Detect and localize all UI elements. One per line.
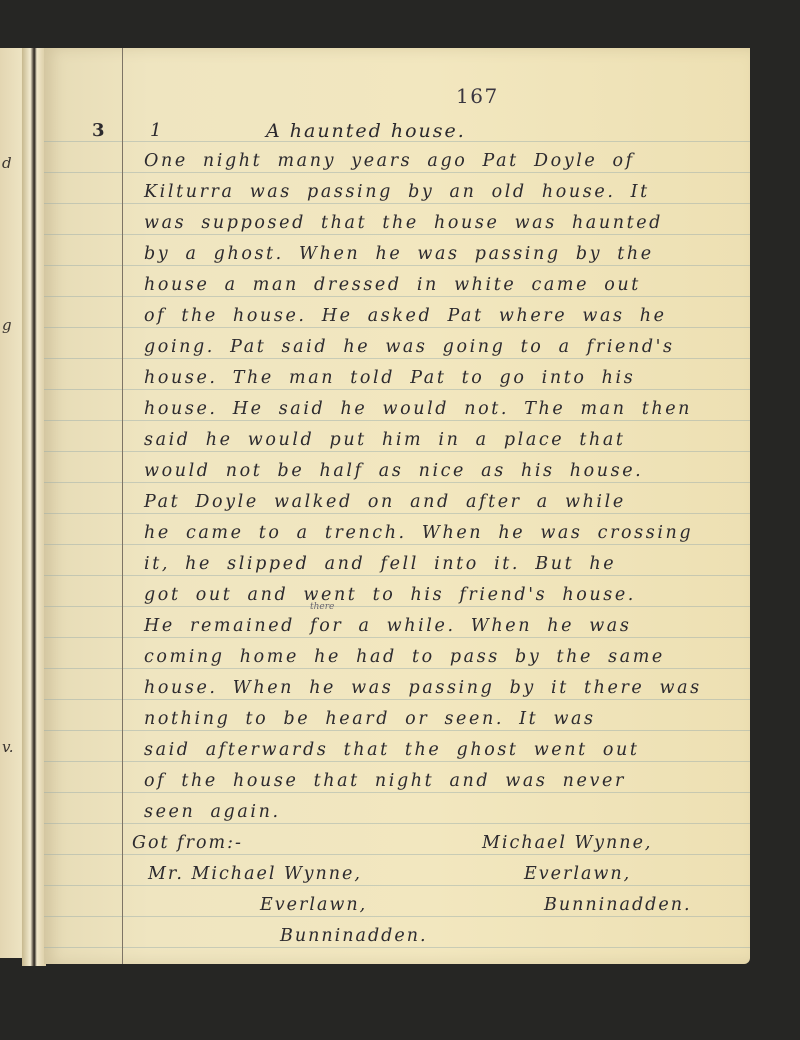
manuscript-page: 167 3 1 A haunted house. One night many … bbox=[44, 48, 750, 964]
ruled-line bbox=[44, 916, 750, 917]
ruled-line bbox=[44, 451, 750, 452]
body-line: house. He said he would not. The man the… bbox=[144, 399, 692, 419]
ruled-line bbox=[44, 575, 750, 576]
ruled-line bbox=[44, 544, 750, 545]
body-line: He remained for a while. When he was bbox=[144, 616, 631, 636]
ruled-line bbox=[44, 327, 750, 328]
facing-page-fragment: d bbox=[2, 154, 12, 172]
ruled-line bbox=[44, 389, 750, 390]
body-line: was supposed that the house was haunted bbox=[144, 213, 663, 233]
body-line: said afterwards that the ghost went out bbox=[144, 740, 640, 760]
ruled-line bbox=[44, 172, 750, 173]
body-line: going. Pat said he was going to a friend… bbox=[144, 337, 675, 357]
body-line: Kilturra was passing by an old house. It bbox=[144, 182, 650, 202]
ruled-line bbox=[44, 668, 750, 669]
informant-name: Mr. Michael Wynne, bbox=[148, 864, 362, 884]
body-line: of the house that night and was never bbox=[144, 771, 626, 791]
ruled-line bbox=[44, 730, 750, 731]
body-line: seen again. bbox=[144, 802, 281, 822]
body-line: One night many years ago Pat Doyle of bbox=[144, 151, 635, 171]
informant-parish: Bunninadden. bbox=[280, 926, 428, 946]
writer-parish: Bunninadden. bbox=[544, 895, 692, 915]
body-line: house. When he was passing by it there w… bbox=[144, 678, 702, 698]
ruled-line bbox=[44, 854, 750, 855]
ruled-line bbox=[44, 482, 750, 483]
ruled-line bbox=[44, 823, 750, 824]
ruled-line bbox=[44, 234, 750, 235]
body-line: nothing to be heard or seen. It was bbox=[144, 709, 596, 729]
body-line: house. The man told Pat to go into his bbox=[144, 368, 635, 388]
ruled-line bbox=[44, 296, 750, 297]
facing-page-fragment: v. bbox=[2, 738, 13, 756]
body-line: said he would put him in a place that bbox=[144, 430, 626, 450]
page-number: 167 bbox=[456, 84, 499, 108]
ruled-line bbox=[44, 792, 750, 793]
ruled-line bbox=[44, 637, 750, 638]
ruled-line bbox=[44, 420, 750, 421]
body-line: it, he slipped and fell into it. But he bbox=[144, 554, 616, 574]
inserted-word: there bbox=[310, 602, 334, 612]
ruled-line bbox=[44, 885, 750, 886]
ruled-line bbox=[44, 358, 750, 359]
ruled-line bbox=[44, 606, 750, 607]
writer-name: Michael Wynne, bbox=[482, 833, 653, 853]
story-title: A haunted house. bbox=[266, 120, 466, 142]
writer-townland: Everlawn, bbox=[524, 864, 631, 884]
informant-townland: Everlawn, bbox=[260, 895, 367, 915]
entry-tick: 1 bbox=[150, 120, 163, 141]
ruled-line bbox=[44, 513, 750, 514]
book-spine bbox=[22, 48, 46, 966]
entry-number: 3 bbox=[92, 120, 106, 141]
ruled-line bbox=[44, 947, 750, 948]
body-line: by a ghost. When he was passing by the bbox=[144, 244, 654, 264]
body-line: he came to a trench. When he was crossin… bbox=[144, 523, 693, 543]
body-line: house a man dressed in white came out bbox=[144, 275, 641, 295]
body-line: got out and went to his friend's house. bbox=[144, 585, 636, 605]
body-line: of the house. He asked Pat where was he bbox=[144, 306, 667, 326]
body-line: coming home he had to pass by the same bbox=[144, 647, 665, 667]
body-line: would not be half as nice as his house. bbox=[144, 461, 643, 481]
body-line: Pat Doyle walked on and after a while bbox=[144, 492, 626, 512]
ruled-line bbox=[44, 265, 750, 266]
source-label: Got from:- bbox=[132, 833, 243, 853]
ruled-line bbox=[44, 699, 750, 700]
facing-page-fragment: g bbox=[2, 316, 12, 334]
ruled-line bbox=[44, 203, 750, 204]
margin-line bbox=[122, 48, 123, 964]
ruled-line bbox=[44, 761, 750, 762]
